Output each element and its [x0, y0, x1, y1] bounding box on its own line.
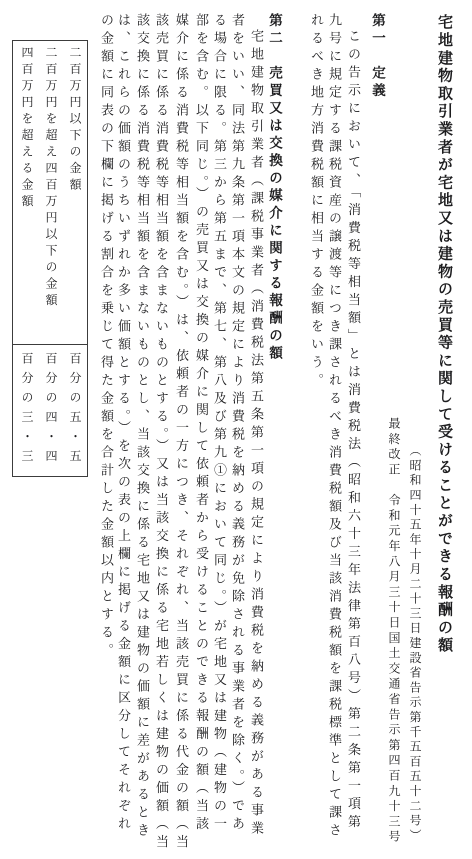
fee-range-cell: 二百万円以下の金額: [63, 46, 87, 344]
fee-rate-cell: 百分の三・三: [15, 352, 39, 476]
section-1-line: この告示において、「消費税等相当額」とは消費税法（昭和六十三年法律第百八号）第二…: [345, 13, 360, 833]
fee-range-cell: 四百万円を超える金額: [15, 46, 39, 344]
section-1-line: れるべき地方消費税額に相当する金額をいう。: [308, 13, 323, 391]
section-2-line: の金額に同表の下欄に掲げる割合を乗じて得た金額を合計した金額以内とする。: [98, 13, 113, 661]
document-title: 宅地建物取引業者が宅地又は建物の売買等に関して受けることができる報酬の額: [436, 14, 453, 655]
section-2-line: 該交換に係る消費税等相当額を含まないものとし、当該交換に係る宅地又は建物の価額に…: [134, 13, 149, 841]
fee-table-rate-row: 百分の五・五 百分の四・四 百分の三・三: [13, 345, 87, 476]
section-2-line: 該売買に係る消費税等相当額を含まないものとする。）又は当該交換に係る宅地若しくは…: [153, 13, 168, 853]
section-2-heading: 第二 売買又は交換の媒介に関する報酬の額: [266, 13, 282, 363]
section-2-line: 宅地建物取引業者（課税事業者（消費税法第五条第一項の規定により消費税を納める義務…: [248, 13, 263, 839]
section-2-line: は、これらの価額のうちいずれか多い価額とする。）を次の表の上欄に掲げる金額に区分…: [115, 13, 130, 835]
section-1-line: 九号に規定する課税資産の譲渡等につき課されるべき消費税額及び当該消費税額を課税標…: [326, 13, 341, 841]
section-2-line: 媒介に係る消費税等相当額を含む。）は、依頼者の一方につき、それぞれ、当該売買に係…: [173, 13, 188, 853]
fee-rate-cell: 百分の五・五: [63, 352, 87, 476]
fee-table-range-row: 二百万円以下の金額 二百万円を超え四百万円以下の金額 四百万円を超える金額: [13, 41, 87, 345]
section-2-line: 者をいい、同法第九条第一項本文の規定により消費税を納める義務が免除される事業者を…: [229, 13, 244, 835]
fee-rate-cell: 百分の四・四: [39, 352, 63, 476]
section-2-line: る場合に限る。第三から第五まで、第七、第八及び第九①において同じ。）が宅地又は建…: [211, 13, 226, 835]
section-2-line: 部を含む。以下同じ。）の売買又は交換の媒介に関して依頼者から受けることのできる報…: [193, 13, 208, 835]
issuance-note: （昭和四十五年十月二十三日建設省告示第千五百五十二号）: [407, 444, 421, 844]
fee-table: 二百万円以下の金額 二百万円を超え四百万円以下の金額 四百万円を超える金額 百分…: [12, 40, 88, 477]
document-page: 宅地建物取引業者が宅地又は建物の売買等に関して受けることができる報酬の額 （昭和…: [0, 0, 472, 859]
revision-note: 最終改正 令和元年八月三十日国土交通省告示第四百九十三号: [386, 417, 400, 845]
section-1-heading: 第一 定義: [369, 13, 385, 101]
fee-range-cell: 二百万円を超え四百万円以下の金額: [39, 46, 63, 344]
